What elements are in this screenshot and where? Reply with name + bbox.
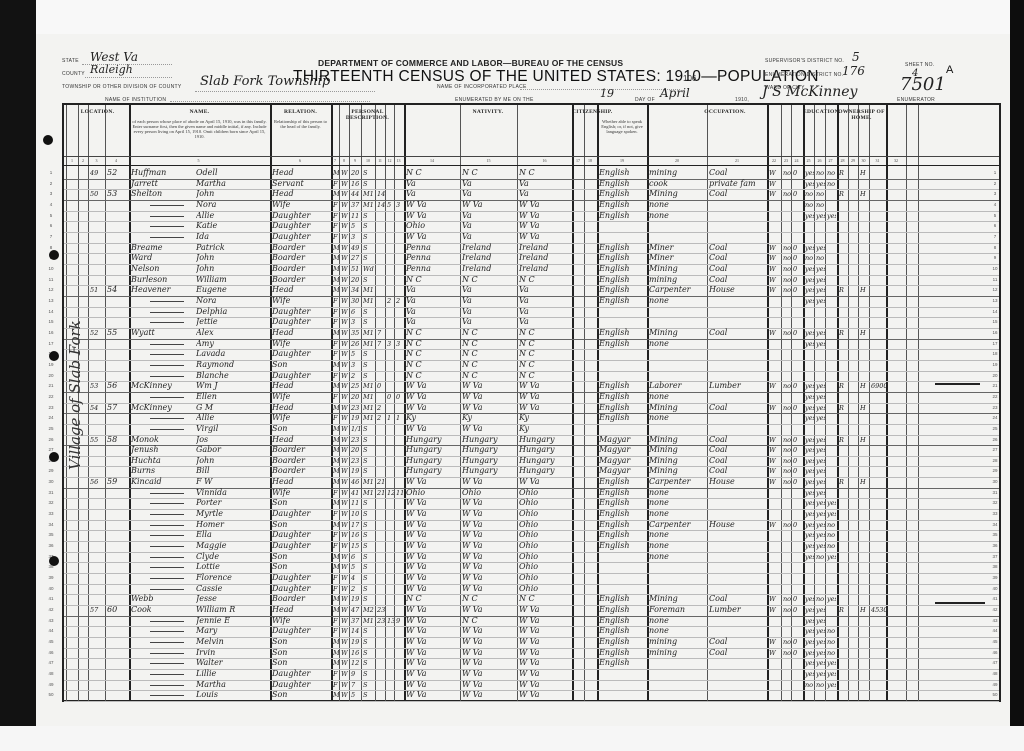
- ditto-dash: [150, 365, 184, 366]
- marital-cell: S: [363, 456, 375, 466]
- father-birth-cell: Va: [462, 296, 517, 306]
- occupation-cell: none: [649, 530, 707, 540]
- write-cell: yes: [816, 605, 825, 615]
- english-cell: English: [599, 285, 647, 295]
- birth-cell: W Va: [406, 211, 460, 221]
- given-name-cell: Alex: [196, 328, 268, 338]
- supervisor-district-value: 5: [852, 50, 860, 64]
- out-work-cell: no: [783, 243, 791, 253]
- race-cell: W: [341, 541, 349, 551]
- age-cell: 46: [351, 477, 361, 487]
- birth-cell: Va: [406, 296, 460, 306]
- surname-cell: Monok: [131, 435, 193, 445]
- relation-cell: Daughter: [272, 221, 330, 231]
- read-cell: yes: [805, 445, 814, 455]
- years-married-cell: 2: [377, 413, 385, 423]
- race-cell: W: [341, 456, 349, 466]
- out-work-cell: no: [783, 648, 791, 658]
- weeks-cell: 0: [793, 477, 802, 487]
- age-cell: 5: [351, 349, 361, 359]
- out-work-cell: no: [783, 466, 791, 476]
- relation-cell: Wife: [272, 339, 330, 349]
- column-number: 14: [404, 158, 460, 163]
- marital-cell: S: [363, 552, 375, 562]
- living-cell: 1: [396, 413, 403, 423]
- given-name-cell: Lillie: [196, 669, 268, 679]
- marital-cell: S: [363, 562, 375, 572]
- out-work-cell: no: [783, 253, 791, 263]
- column-number: 32: [886, 158, 906, 163]
- line-number: 35: [990, 532, 1000, 537]
- mother-birth-cell: N C: [519, 594, 572, 604]
- sex-cell: F: [333, 392, 339, 402]
- age-cell: 16: [351, 530, 361, 540]
- class-cell: W: [769, 243, 781, 253]
- supervisor-district-label: Supervisor's District No.: [765, 58, 844, 64]
- age-cell: 23: [351, 435, 361, 445]
- marital-cell: M1: [363, 392, 375, 402]
- weeks-cell: 0: [793, 328, 802, 338]
- family-cell: 55: [107, 328, 127, 338]
- column-number: 16: [517, 158, 572, 163]
- mother-birth-cell: Va: [519, 179, 572, 189]
- read-cell: yes: [805, 669, 814, 679]
- industry-cell: Coal: [709, 243, 767, 253]
- race-cell: W: [341, 658, 349, 668]
- english-cell: English: [599, 637, 647, 647]
- occupation-cell: none: [649, 488, 707, 498]
- read-cell: yes: [805, 552, 814, 562]
- given-name-cell: Melvin: [196, 637, 268, 647]
- township-underline: [195, 91, 375, 92]
- mother-birth-cell: W Va: [519, 626, 572, 636]
- age-cell: 19: [351, 466, 361, 476]
- industry-cell: Coal: [709, 445, 767, 455]
- age-cell: 5: [351, 562, 361, 572]
- write-cell: yes: [816, 637, 825, 647]
- line-number: 29: [46, 468, 56, 473]
- enumeration-district-value: 176: [842, 64, 865, 78]
- school-cell: no: [827, 168, 836, 178]
- sex-cell: F: [333, 530, 339, 540]
- scan-border-left: [0, 0, 36, 751]
- age-cell: 5: [351, 690, 361, 700]
- relation-cell: Daughter: [272, 371, 330, 381]
- read-cell: yes: [805, 456, 814, 466]
- age-cell: 49: [351, 243, 361, 253]
- occupation-cell: none: [649, 339, 707, 349]
- owned-cell: R: [839, 605, 848, 615]
- enumerated-day: 19: [600, 87, 614, 100]
- race-cell: W: [341, 435, 349, 445]
- read-cell: yes: [805, 339, 814, 349]
- father-birth-cell: W Va: [462, 637, 517, 647]
- owned-cell: R: [839, 403, 848, 413]
- column-group-header: EDUCATION.: [803, 109, 837, 115]
- dwelling-cell: 50: [90, 189, 105, 199]
- relation-cell: Daughter: [272, 509, 330, 519]
- line-number: 48: [46, 671, 56, 676]
- family-cell: 60: [107, 605, 127, 615]
- given-name-cell: Gabor: [196, 445, 268, 455]
- birth-cell: W Va: [406, 669, 460, 679]
- sex-cell: F: [333, 211, 339, 221]
- ditto-dash: [150, 322, 184, 323]
- margin-annotation: Village of Slab Fork: [66, 320, 84, 470]
- father-birth-cell: Va: [462, 317, 517, 327]
- birth-cell: N C: [406, 339, 460, 349]
- ditto-dash: [150, 344, 184, 345]
- ditto-dash: [150, 312, 184, 313]
- sex-cell: M: [333, 264, 339, 274]
- years-married-cell: 21: [377, 488, 385, 498]
- given-name-cell: Martha: [196, 680, 268, 690]
- given-name-cell: Lottie: [196, 562, 268, 572]
- mother-birth-cell: Ohio: [519, 498, 572, 508]
- write-cell: no: [816, 168, 825, 178]
- class-cell: W: [769, 403, 781, 413]
- mother-birth-cell: N C: [519, 339, 572, 349]
- write-cell: yes: [816, 339, 825, 349]
- race-cell: W: [341, 221, 349, 231]
- family-cell: 59: [107, 477, 127, 487]
- line-number: 13: [46, 298, 56, 303]
- farm-house-cell: H: [860, 403, 869, 413]
- line-number: 2: [46, 181, 56, 186]
- english-cell: English: [599, 200, 647, 210]
- birth-cell: W Va: [406, 392, 460, 402]
- column-number: 18: [584, 158, 596, 163]
- mother-birth-cell: W Va: [519, 658, 572, 668]
- tally-stroke: [935, 383, 980, 385]
- mother-birth-cell: W Va: [519, 477, 572, 487]
- english-cell: English: [599, 328, 647, 338]
- years-married-cell: 23: [377, 605, 385, 615]
- occupation-cell: none: [649, 541, 707, 551]
- race-cell: W: [341, 392, 349, 402]
- marital-cell: S: [363, 307, 375, 317]
- age-cell: 37: [351, 200, 361, 210]
- father-birth-cell: N C: [462, 275, 517, 285]
- race-cell: W: [341, 168, 349, 178]
- occupation-cell: none: [649, 552, 707, 562]
- write-cell: yes: [816, 445, 825, 455]
- mother-birth-cell: W Va: [519, 221, 572, 231]
- occupation-cell: none: [649, 392, 707, 402]
- punch-hole: [49, 556, 59, 566]
- mother-birth-cell: Hungary: [519, 466, 572, 476]
- line-number: 21: [46, 383, 56, 388]
- father-birth-cell: Ireland: [462, 243, 517, 253]
- read-cell: yes: [805, 168, 814, 178]
- ditto-dash: [150, 514, 184, 515]
- sex-cell: F: [333, 669, 339, 679]
- ditto-dash: [150, 226, 184, 227]
- weeks-cell: 0: [793, 253, 802, 263]
- surname-cell: Breame: [131, 243, 193, 253]
- line-number: 1: [46, 170, 56, 175]
- given-name-cell: Ella: [196, 530, 268, 540]
- farm-house-cell: H: [860, 328, 869, 338]
- born-cell: 5: [387, 200, 394, 210]
- marital-cell: S: [363, 680, 375, 690]
- line-number: 3: [46, 191, 56, 196]
- line-number: 5: [46, 213, 56, 218]
- given-name-cell: Vinnida: [196, 488, 268, 498]
- line-number: 24: [990, 415, 1000, 420]
- column-header: of each person whose place of abode on A…: [131, 120, 268, 154]
- marital-cell: S: [363, 594, 375, 604]
- mother-birth-cell: Ohio: [519, 541, 572, 551]
- given-name-cell: Jos: [196, 435, 268, 445]
- dwelling-cell: 55: [90, 435, 105, 445]
- line-number: 12: [990, 287, 1000, 292]
- farm-schedule-cell: 4530: [871, 605, 886, 615]
- column-header: Whether able to speak English; or, if no…: [599, 120, 645, 154]
- given-name-cell: G M: [196, 403, 268, 413]
- farm-house-cell: H: [860, 605, 869, 615]
- school-cell: yes: [827, 680, 836, 690]
- occupation-cell: mining: [649, 168, 707, 178]
- relation-cell: Head: [272, 285, 330, 295]
- weeks-cell: 0: [793, 275, 802, 285]
- mother-birth-cell: Va: [519, 307, 572, 317]
- class-cell: W: [769, 179, 781, 189]
- relation-cell: Head: [272, 328, 330, 338]
- read-cell: no: [805, 680, 814, 690]
- read-cell: yes: [805, 413, 814, 423]
- father-birth-cell: W Va: [462, 573, 517, 583]
- dwelling-cell: 49: [90, 168, 105, 178]
- read-cell: yes: [805, 541, 814, 551]
- class-cell: W: [769, 456, 781, 466]
- ditto-dash: [150, 397, 184, 398]
- occupation-cell: Miner: [649, 243, 707, 253]
- owned-cell: R: [839, 435, 848, 445]
- mother-birth-cell: Ireland: [519, 253, 572, 263]
- read-cell: yes: [805, 243, 814, 253]
- punch-hole: [49, 351, 59, 361]
- line-number: 46: [46, 650, 56, 655]
- age-cell: 6: [351, 307, 361, 317]
- county-value: Raleigh: [90, 63, 133, 76]
- marital-cell: S: [363, 530, 375, 540]
- read-cell: yes: [805, 275, 814, 285]
- line-number: 41: [46, 596, 56, 601]
- born-cell: 13: [387, 616, 394, 626]
- race-cell: W: [341, 648, 349, 658]
- sex-cell: F: [333, 488, 339, 498]
- given-name-cell: Bill: [196, 466, 268, 476]
- surname-cell: Jenush: [131, 445, 193, 455]
- school-cell: yes: [827, 658, 836, 668]
- mother-birth-cell: N C: [519, 371, 572, 381]
- line-number: 10: [990, 266, 1000, 271]
- write-cell: yes: [816, 456, 825, 466]
- sex-cell: F: [333, 221, 339, 231]
- column-number: 23: [781, 158, 791, 163]
- line-number: 11: [990, 277, 1000, 282]
- age-cell: 51: [351, 264, 361, 274]
- birth-cell: W Va: [406, 424, 460, 434]
- given-name-cell: Nora: [196, 200, 268, 210]
- marital-cell: S: [363, 573, 375, 583]
- race-cell: W: [341, 264, 349, 274]
- marital-cell: S: [363, 424, 375, 434]
- given-name-cell: Katie: [196, 221, 268, 231]
- line-number: 38: [990, 564, 1000, 569]
- marital-cell: M2: [363, 605, 375, 615]
- ditto-dash: [150, 695, 184, 696]
- weeks-cell: 0: [793, 520, 802, 530]
- column-number: 17: [572, 158, 584, 163]
- marital-cell: S: [363, 669, 375, 679]
- sex-cell: M: [333, 637, 339, 647]
- occupation-cell: none: [649, 626, 707, 636]
- line-number: 10: [46, 266, 56, 271]
- read-cell: yes: [805, 605, 814, 615]
- column-group-header: LOCATION.: [66, 109, 129, 115]
- family-cell: 54: [107, 285, 127, 295]
- write-cell: yes: [816, 435, 825, 445]
- birth-cell: N C: [406, 349, 460, 359]
- race-cell: W: [341, 690, 349, 700]
- weeks-cell: 0: [793, 445, 802, 455]
- line-number: 34: [46, 522, 56, 527]
- mother-birth-cell: Ohio: [519, 584, 572, 594]
- relation-cell: Daughter: [272, 530, 330, 540]
- surname-cell: Shelton: [131, 189, 193, 199]
- english-cell: English: [599, 392, 647, 402]
- sex-cell: M: [333, 424, 339, 434]
- sex-cell: F: [333, 541, 339, 551]
- mother-birth-cell: W Va: [519, 605, 572, 615]
- age-cell: 6: [351, 552, 361, 562]
- ditto-dash: [150, 631, 184, 632]
- weeks-cell: 0: [793, 243, 802, 253]
- born-cell: 3: [387, 339, 394, 349]
- line-number: 46: [990, 650, 1000, 655]
- father-birth-cell: Ky: [462, 413, 517, 423]
- line-number: 24: [46, 415, 56, 420]
- line-number: 2: [990, 181, 1000, 186]
- english-cell: English: [599, 594, 647, 604]
- line-number: 45: [990, 639, 1000, 644]
- birth-cell: N C: [406, 168, 460, 178]
- read-cell: yes: [805, 637, 814, 647]
- out-work-cell: no: [783, 168, 791, 178]
- occupation-cell: none: [649, 509, 707, 519]
- birth-cell: N C: [406, 360, 460, 370]
- marital-cell: S: [363, 541, 375, 551]
- english-cell: English: [599, 264, 647, 274]
- read-cell: yes: [805, 648, 814, 658]
- age-cell: 14: [351, 626, 361, 636]
- sex-cell: F: [333, 296, 339, 306]
- column-number: 2: [78, 158, 88, 163]
- ditto-dash: [150, 525, 184, 526]
- mother-birth-cell: N C: [519, 275, 572, 285]
- marital-cell: M1: [363, 285, 375, 295]
- line-number: 27: [990, 447, 1000, 452]
- mother-birth-cell: Ireland: [519, 264, 572, 274]
- sex-cell: F: [333, 626, 339, 636]
- english-cell: English: [599, 530, 647, 540]
- sex-cell: M: [333, 435, 339, 445]
- industry-cell: Lumber: [709, 605, 767, 615]
- out-work-cell: no: [783, 328, 791, 338]
- race-cell: W: [341, 253, 349, 263]
- mother-birth-cell: N C: [519, 360, 572, 370]
- township-label: Township or other division of county: [62, 84, 182, 90]
- occupation-cell: none: [649, 211, 707, 221]
- line-number: 18: [990, 351, 1000, 356]
- line-number: 44: [46, 628, 56, 633]
- mother-birth-cell: Ohio: [519, 552, 572, 562]
- dwelling-cell: 57: [90, 605, 105, 615]
- race-cell: W: [341, 445, 349, 455]
- mother-birth-cell: W Va: [519, 232, 572, 242]
- english-cell: Magyar: [599, 435, 647, 445]
- occupation-cell: Foreman: [649, 605, 707, 615]
- father-birth-cell: W Va: [462, 552, 517, 562]
- age-cell: 17: [351, 520, 361, 530]
- column-group-header: OWNERSHIP OF HOME.: [837, 109, 886, 121]
- write-cell: yes: [816, 626, 825, 636]
- farm-house-cell: H: [860, 168, 869, 178]
- marital-cell: M1: [363, 403, 375, 413]
- tally-stroke: [935, 602, 985, 604]
- read-cell: yes: [805, 477, 814, 487]
- sex-cell: F: [333, 680, 339, 690]
- english-cell: English: [599, 477, 647, 487]
- sex-cell: M: [333, 690, 339, 700]
- line-number: 50: [990, 692, 1000, 697]
- relation-cell: Daughter: [272, 349, 330, 359]
- marital-cell: S: [363, 211, 375, 221]
- write-cell: yes: [816, 328, 825, 338]
- out-work-cell: no: [783, 637, 791, 647]
- father-birth-cell: W Va: [462, 200, 517, 210]
- birth-cell: W Va: [406, 690, 460, 700]
- industry-cell: private fam: [709, 179, 767, 189]
- sex-cell: M: [333, 658, 339, 668]
- birth-cell: W Va: [406, 658, 460, 668]
- sex-cell: F: [333, 339, 339, 349]
- marital-cell: S: [363, 168, 375, 178]
- line-number: 40: [990, 586, 1000, 591]
- occupation-cell: mining: [649, 648, 707, 658]
- given-name-cell: William R: [196, 605, 268, 615]
- father-birth-cell: N C: [462, 328, 517, 338]
- race-cell: W: [341, 616, 349, 626]
- ditto-dash: [150, 589, 184, 590]
- relation-cell: Head: [272, 189, 330, 199]
- ditto-dash: [150, 429, 184, 430]
- column-number: 22: [767, 158, 781, 163]
- mother-birth-cell: Ohio: [519, 562, 572, 572]
- read-cell: no: [805, 253, 814, 263]
- sex-cell: M: [333, 594, 339, 604]
- birth-cell: W Va: [406, 530, 460, 540]
- weeks-cell: 0: [793, 648, 802, 658]
- race-cell: W: [341, 360, 349, 370]
- sex-cell: M: [333, 285, 339, 295]
- out-work-cell: no: [783, 275, 791, 285]
- line-number: 5: [990, 213, 1000, 218]
- write-cell: yes: [816, 381, 825, 391]
- age-cell: 4: [351, 573, 361, 583]
